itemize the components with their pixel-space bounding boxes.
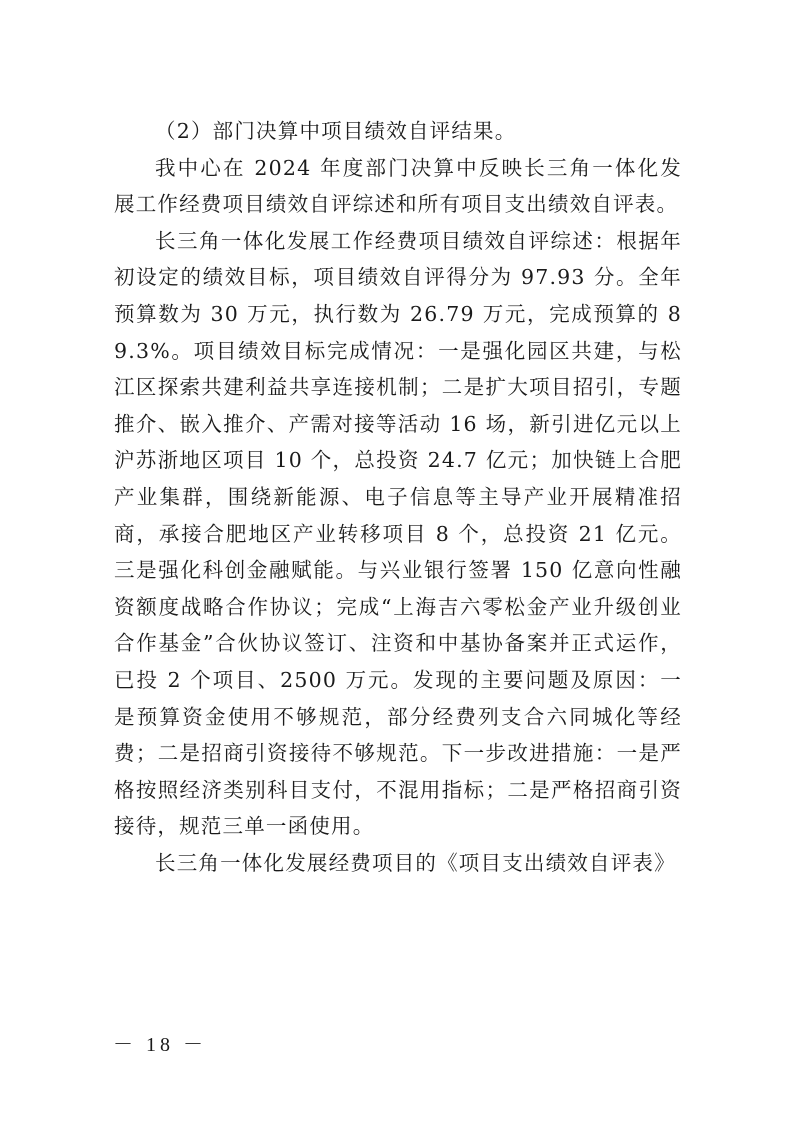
table-caption: 长三角一体化发展经费项目的《项目支出绩效自评表》 xyxy=(114,845,682,882)
page-number: － 18 － xyxy=(113,1028,207,1057)
evaluation-summary-paragraph: 长三角一体化发展工作经费项目绩效自评综述：根据年初设定的绩效目标，项目绩效自评得… xyxy=(114,223,682,845)
section-heading: （2）部门决算中项目绩效自评结果。 xyxy=(114,113,682,150)
intro-paragraph: 我中心在 2024 年度部门决算中反映长三角一体化发展工作经费项目绩效自评综述和… xyxy=(114,150,682,223)
document-page: （2）部门决算中项目绩效自评结果。 我中心在 2024 年度部门决算中反映长三角… xyxy=(114,113,682,881)
